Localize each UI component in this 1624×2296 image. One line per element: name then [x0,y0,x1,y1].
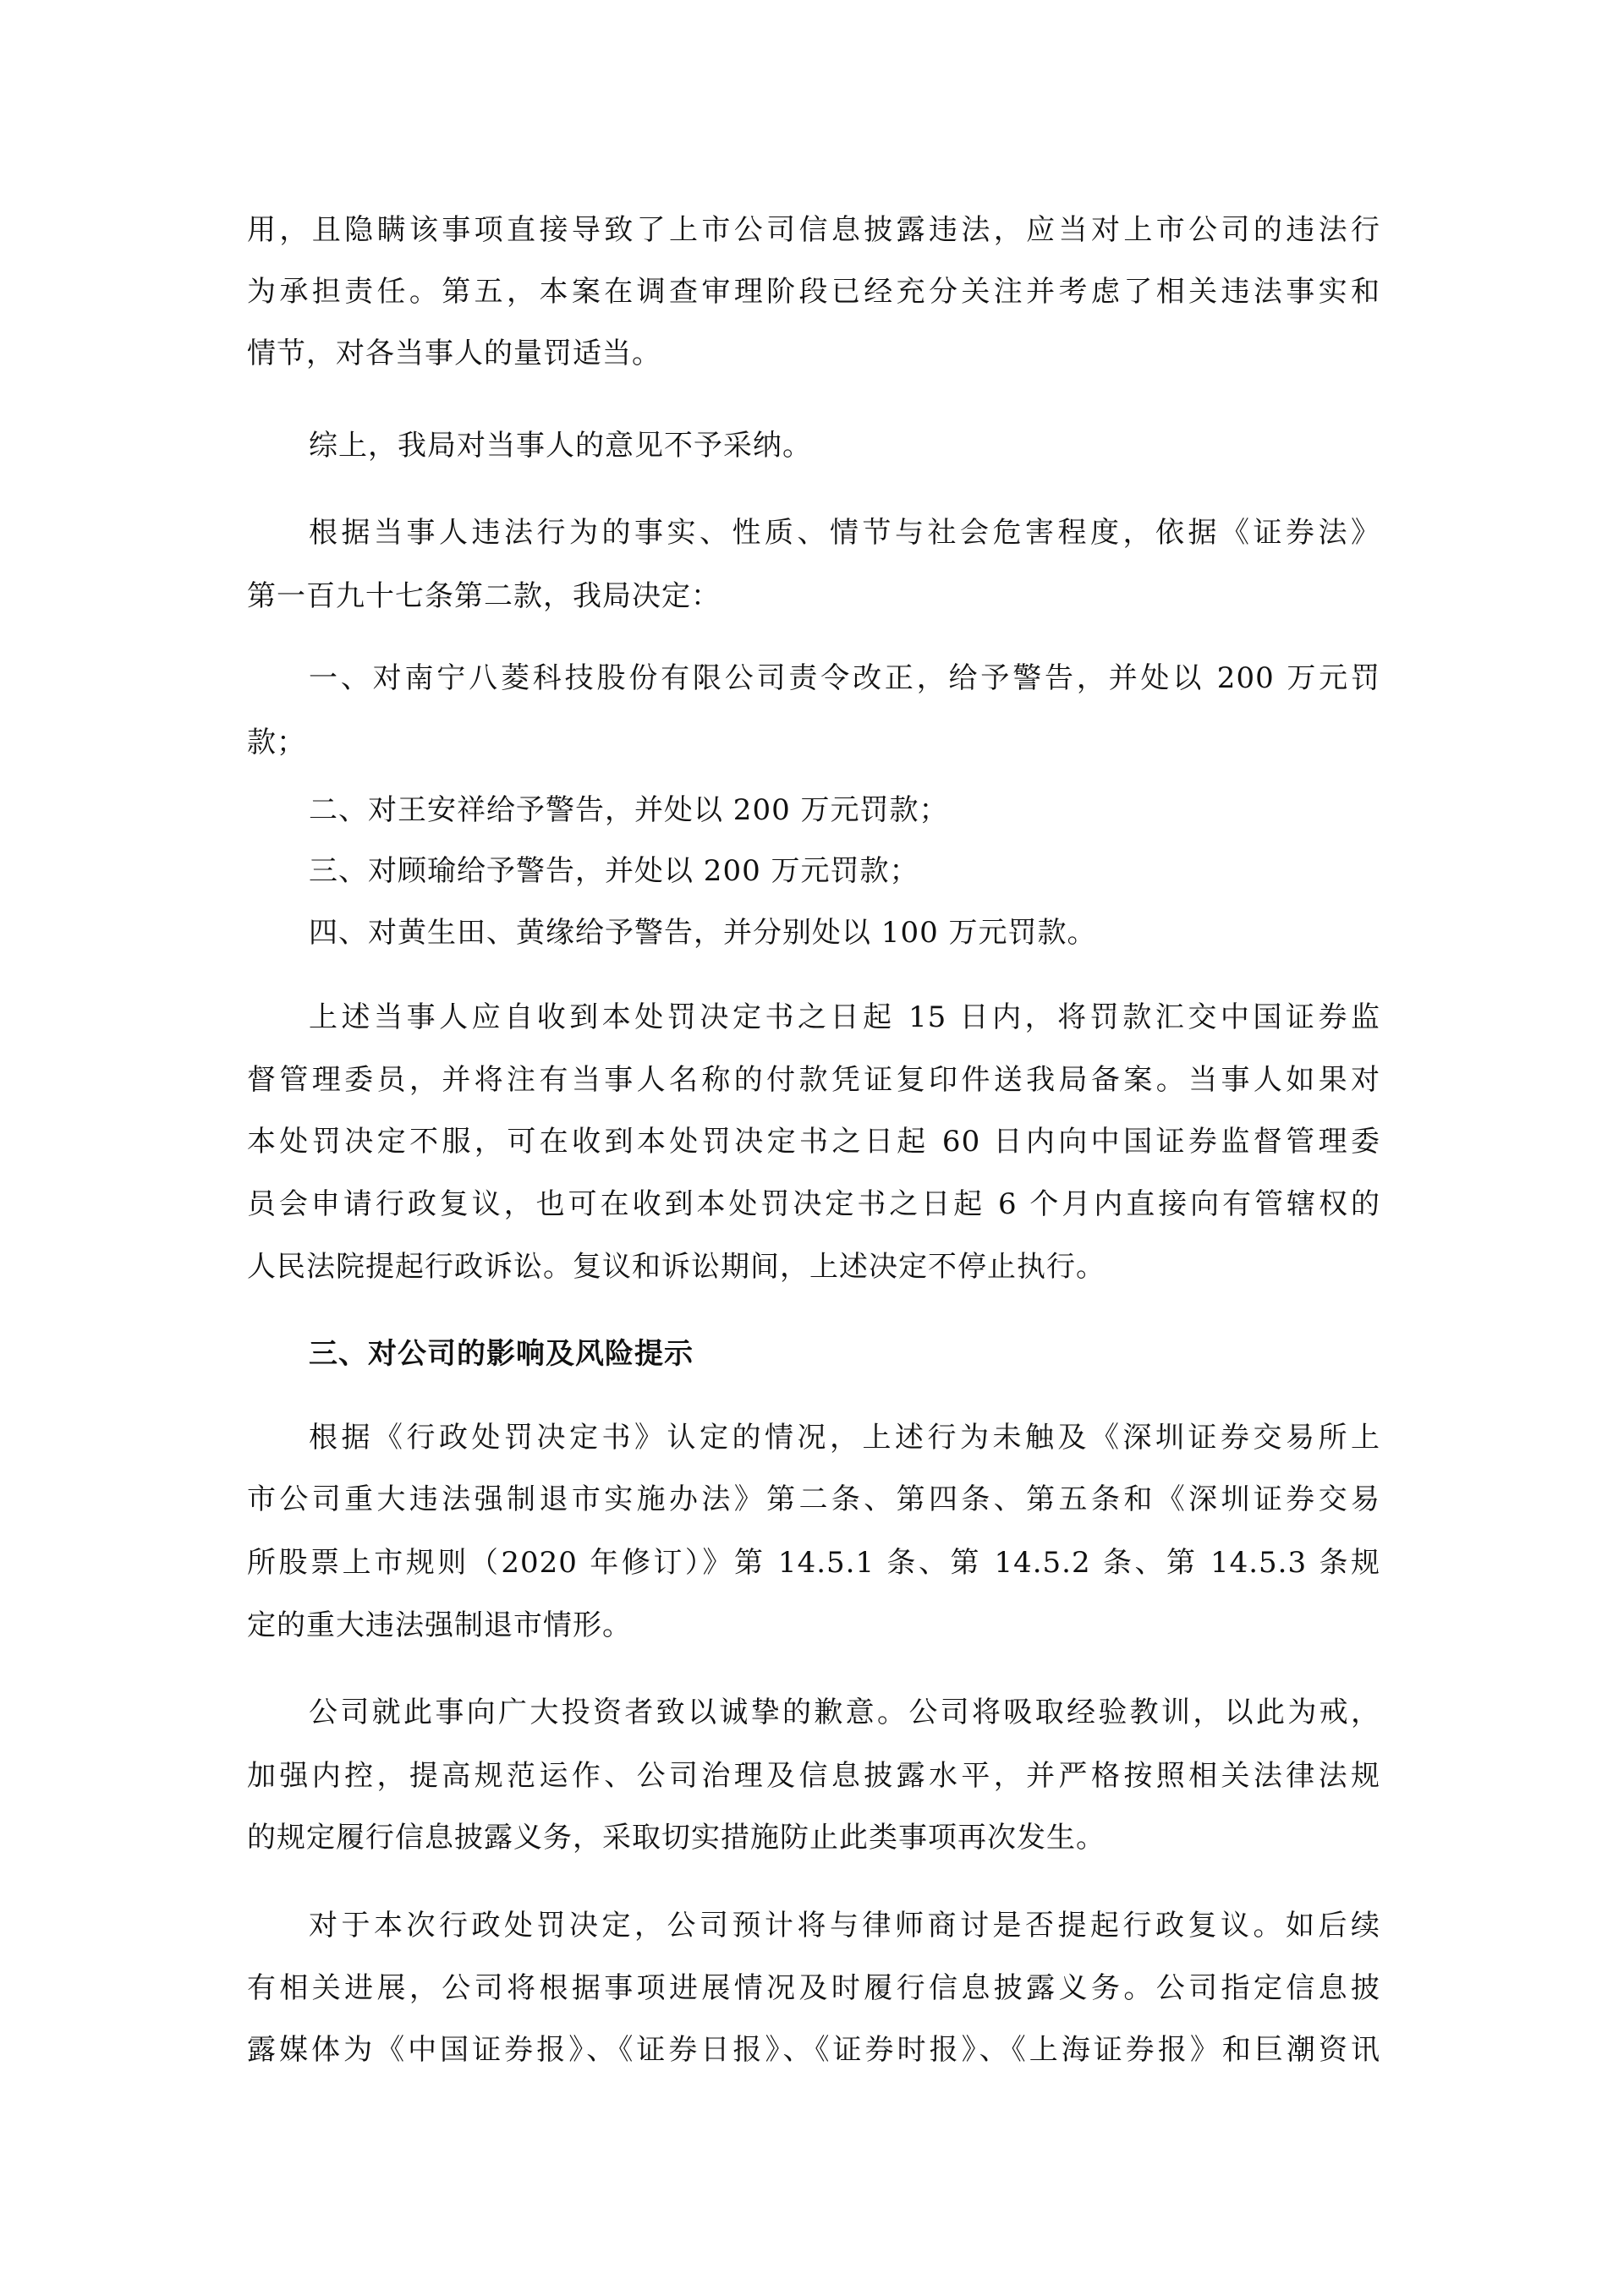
text-line: 一、对南宁八菱科技股份有限公司责令改正，给予警告，并处以 200 万元罚 [309,660,1380,697]
text-line: 根据《行政处罚决定书》认定的情况，上述行为未触及《深圳证券交易所上 [309,1419,1380,1456]
document-page: 用，且隐瞒该事项直接导致了上市公司信息披露违法，应当对上市公司的违法行 为承担责… [0,0,1624,2296]
text-line: 用，且隐瞒该事项直接导致了上市公司信息披露违法，应当对上市公司的违法行 [247,211,1380,249]
text-line: 款； [247,724,1380,761]
text-line: 根据当事人违法行为的事实、性质、情节与社会危害程度，依据《证券法》 [309,514,1380,551]
text-line: 四、对黄生田、黄缘给予警告，并分别处以 100 万元罚款。 [309,914,1380,951]
text-line: 情节，对各当事人的量罚适当。 [247,335,1380,372]
text-line: 的规定履行信息披露义务，采取切实措施防止此类事项再次发生。 [247,1819,1380,1856]
text-line: 第一百九十七条第二款，我局决定： [247,578,1380,615]
text-line: 所股票上市规则（2020 年修订）》第 14.5.1 条、第 14.5.2 条、… [247,1544,1380,1581]
text-line: 公司就此事向广大投资者致以诚挚的歉意。公司将吸取经验教训，以此为戒， [309,1694,1380,1731]
text-line: 人民法院提起行政诉讼。复议和诉讼期间，上述决定不停止执行。 [247,1248,1380,1285]
text-line: 上述当事人应自收到本处罚决定书之日起 15 日内，将罚款汇交中国证券监 [309,999,1380,1036]
text-line: 二、对王安祥给予警告，并处以 200 万元罚款； [309,792,1380,829]
text-line: 综上，我局对当事人的意见不予采纳。 [309,427,1380,464]
text-line: 露媒体为《中国证券报》、《证券日报》、《证券时报》、《上海证券报》和巨潮资讯 [247,2031,1380,2069]
text-line: 为承担责任。第五，本案在调查审理阶段已经充分关注并考虑了相关违法事实和 [247,273,1380,310]
text-line: 市公司重大违法强制退市实施办法》第二条、第四条、第五条和《深圳证券交易 [247,1481,1380,1518]
text-line: 三、对顾瑜给予警告，并处以 200 万元罚款； [309,852,1380,890]
text-line: 对于本次行政处罚决定，公司预计将与律师商讨是否提起行政复议。如后续 [309,1907,1380,1944]
text-line: 加强内控，提高规范运作、公司治理及信息披露水平，并严格按照相关法律法规 [247,1757,1380,1795]
section-heading: 三、对公司的影响及风险提示 [309,1335,1380,1373]
text-line: 员会申请行政复议，也可在收到本处罚决定书之日起 6 个月内直接向有管辖权的 [247,1186,1380,1223]
text-line: 本处罚决定不服，可在收到本处罚决定书之日起 60 日内向中国证券监督管理委 [247,1123,1380,1160]
text-line: 定的重大违法强制退市情形。 [247,1607,1380,1644]
text-line: 有相关进展，公司将根据事项进展情况及时履行信息披露义务。公司指定信息披 [247,1970,1380,2007]
text-line: 督管理委员，并将注有当事人名称的付款凭证复印件送我局备案。当事人如果对 [247,1061,1380,1099]
